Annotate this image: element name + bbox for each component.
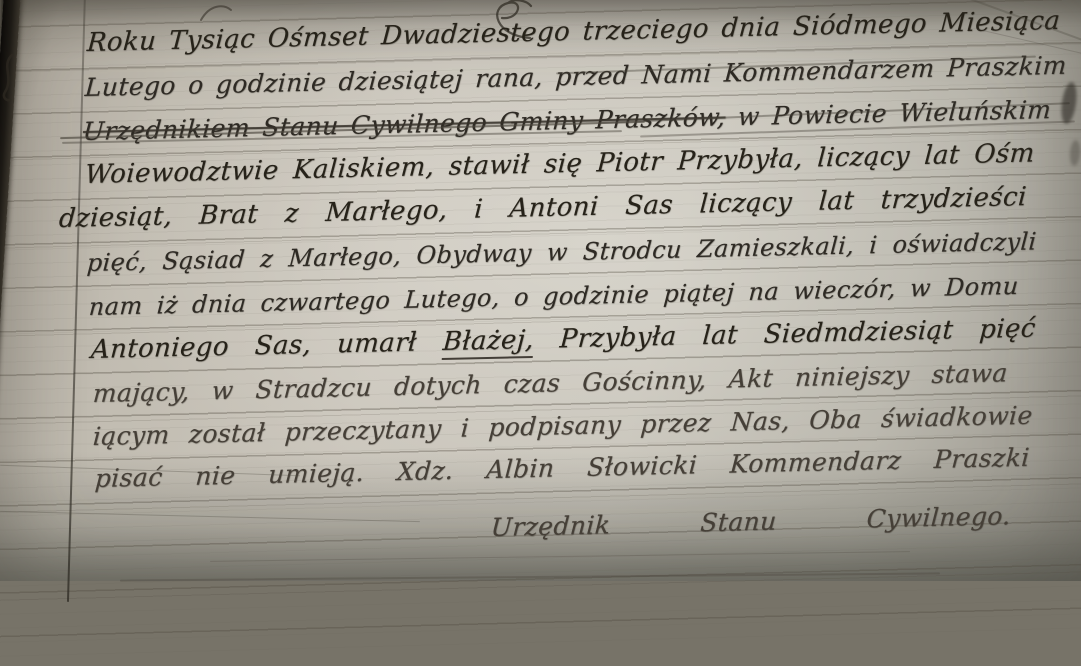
record-line-5: dziesiąt, Brat z Marłego, i Antoni Sas l… xyxy=(58,182,1028,234)
record-line-2: Lutego o godzinie dziesiątej rana, przed… xyxy=(84,51,1040,102)
record-line-1: Roku Tysiąc Ośmset Dwadziestego trzecieg… xyxy=(86,6,1038,58)
record-line-3-rest: w Powiecie Wieluńskim xyxy=(725,95,1053,131)
record-line-8: Antoniego Sas, umarł Błażej, Przybyła la… xyxy=(90,314,1037,365)
record-line-4: Woiewodztwie Kaliskiem, stawił się Piotr… xyxy=(84,138,1036,190)
record-line-7: nam iż dnia czwartego Lutego, o godzinie… xyxy=(88,272,1020,321)
record-line-10: iącym został przeczytany i podpisany prz… xyxy=(92,401,1034,451)
record-line-8-post: Przybyła lat Siedmdziesiąt pięć xyxy=(533,314,1037,355)
handwritten-text-layer: Roku Tysiąc Ośmset Dwadziestego trzecieg… xyxy=(0,0,1081,581)
record-line-6: pięć, Sąsiad z Marłego, Obydway w Strodc… xyxy=(86,227,1038,277)
manuscript-page: Roku Tysiąc Ośmset Dwadziestego trzecieg… xyxy=(0,0,1081,581)
struck-out-text: Urzędnikiem Stanu Cywilnego Gminy Praszk… xyxy=(82,102,726,146)
record-line-9: mający, w Stradzcu dotych czas Gościnny,… xyxy=(92,358,1009,408)
record-line-8-pre: Antoniego Sas, umarł xyxy=(90,327,444,365)
record-line-11: pisać nie umieją. Xdz. Albin Słowicki Ko… xyxy=(94,443,1031,493)
record-line-3: Urzędnikiem Stanu Cywilnego Gminy Praszk… xyxy=(82,95,1034,146)
deceased-name-underlined: Błażej, xyxy=(442,325,535,360)
registrar-signature-line: Urzędnik Stanu Cywilnego. xyxy=(490,501,1012,542)
